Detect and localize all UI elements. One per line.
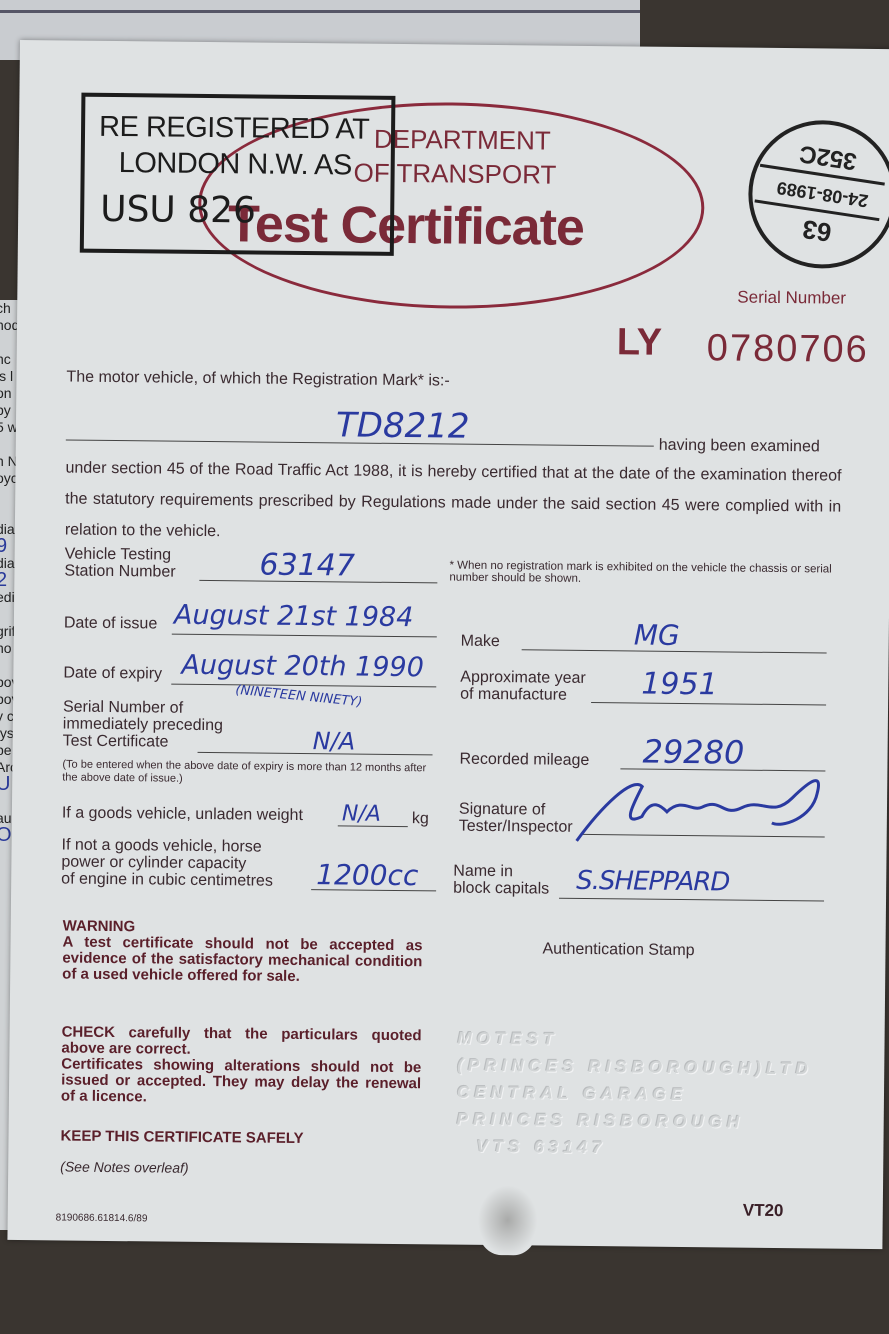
year-line: [591, 702, 826, 705]
emboss-line: MOTEST: [457, 1025, 813, 1056]
year-label: Approximate yearof manufacture: [460, 669, 586, 704]
weight-value: N/A: [342, 801, 381, 826]
serial-prefix: LY: [617, 321, 663, 364]
emboss-line: (PRINCES RISBOROUGH)LTD: [457, 1052, 813, 1083]
mileage-label: Recorded mileage: [459, 751, 589, 770]
serial-number-label: Serial Number: [737, 288, 846, 309]
capacity-label: If not a goods vehicle, horsepower or cy…: [61, 836, 273, 889]
date-stamp: 63 24-08-1989 352C: [748, 120, 889, 270]
serial-number: 0780706: [707, 327, 869, 372]
name-line: [559, 898, 824, 902]
make-value: MG: [634, 618, 680, 651]
registration-footnote: * When no registration mark is exhibited…: [449, 560, 849, 588]
re-registration-line-1: RE REGISTERED AT: [99, 111, 370, 147]
form-code: VT20: [743, 1201, 784, 1221]
document-stripe: [0, 10, 640, 13]
issuer-line-1: DEPARTMENT: [374, 124, 551, 157]
check-block: CHECK carefully that the particulars quo…: [61, 1024, 422, 1108]
re-registration-stamp: RE REGISTERED AT LONDON N.W. AS USU 826: [80, 93, 396, 256]
make-label: Make: [461, 633, 500, 651]
emboss-line: CENTRAL GARAGE: [457, 1079, 813, 1110]
see-notes-text: (See Notes overleaf): [60, 1158, 189, 1175]
emboss-line: VTS 63147: [476, 1133, 812, 1164]
name-label: Name inblock capitals: [453, 863, 549, 898]
print-reference: 8190686.61814.6/89: [56, 1212, 148, 1224]
vts-value: 63147: [259, 548, 355, 584]
smudge: [477, 1185, 538, 1256]
intro-text: The motor vehicle, of which the Registra…: [66, 369, 449, 391]
emboss-line: PRINCES RISBOROUGH: [457, 1106, 813, 1137]
registration-mark: TD8212: [336, 405, 470, 446]
warning-block: WARNING A test certificate should not be…: [62, 918, 423, 986]
weight-label: If a goods vehicle, unladen weight: [62, 804, 303, 825]
previous-serial-label: Serial Number ofimmediately precedingTes…: [63, 698, 224, 751]
keep-safe-text: KEEP THIS CERTIFICATE SAFELY: [60, 1128, 303, 1147]
previous-serial-value: N/A: [313, 727, 356, 755]
previous-serial-note: (To be entered when the above date of ex…: [62, 758, 442, 788]
vts-label: Vehicle TestingStation Number: [64, 545, 176, 580]
year-value: 1951: [641, 667, 718, 703]
issue-value: August 21st 1984: [174, 600, 414, 634]
authentication-label: Authentication Stamp: [542, 941, 694, 961]
re-registration-line-2: LONDON N.W. AS: [119, 147, 352, 182]
re-registration-number: USU 826: [100, 189, 256, 232]
having-examined-text: having been examined: [659, 437, 820, 457]
test-certificate: DEPARTMENT OF TRANSPORT Test Certificate…: [7, 40, 889, 1249]
weight-unit: kg: [412, 810, 429, 828]
expiry-value: August 20th 1990: [181, 650, 424, 684]
expiry-label: Date of expiry: [63, 664, 162, 683]
authentication-emboss: MOTEST(PRINCES RISBOROUGH)LTDCENTRAL GAR…: [456, 1025, 813, 1164]
capacity-value: 1200cc: [316, 858, 418, 892]
issue-label: Date of issue: [64, 614, 158, 633]
signature-label: Signature ofTester/Inspector: [459, 801, 573, 836]
date-stamp-top: 63: [745, 205, 888, 257]
certification-text: under section 45 of the Road Traffic Act…: [65, 453, 842, 554]
tester-signature: [572, 766, 853, 849]
name-value: S.SHEPPARD: [576, 866, 729, 898]
expiry-line: [171, 684, 436, 688]
expiry-note: (NINETEEN NINETY): [235, 683, 363, 710]
issue-line: [172, 634, 437, 638]
